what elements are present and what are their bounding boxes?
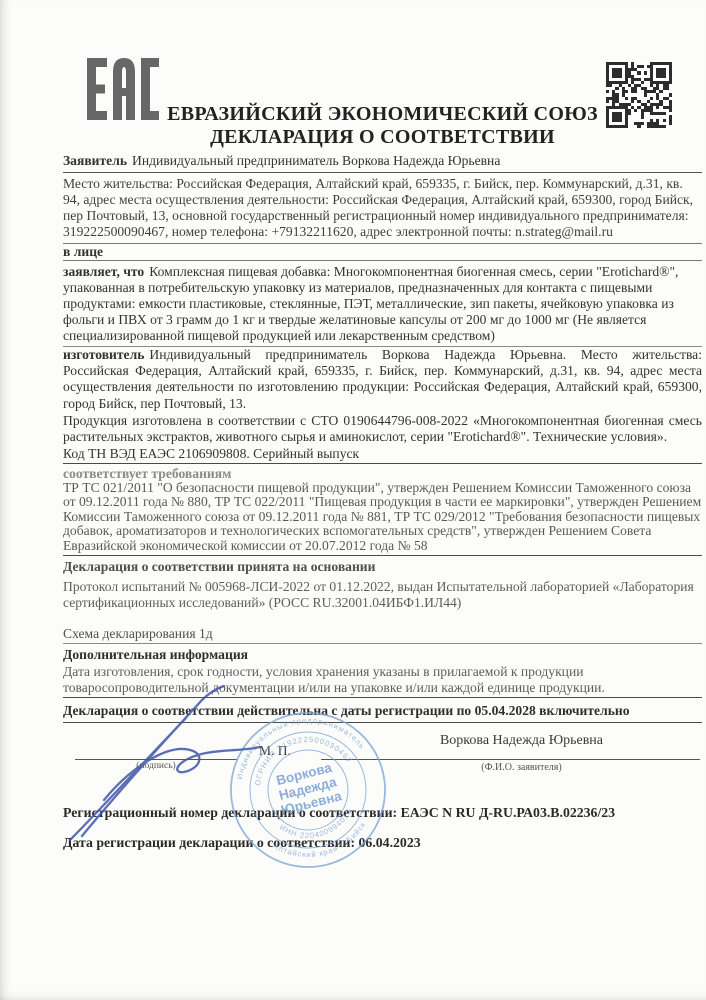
scheme-line: Схема декларирования 1д — [63, 627, 702, 644]
registration-number: ЕАЭС N RU Д-RU.РА03.В.02236/23 — [401, 805, 616, 820]
declares-label: заявляет, что — [63, 264, 144, 279]
in-person-label: в лице — [63, 244, 702, 261]
registration-number-line: Регистрационный номер декларации о соотв… — [63, 805, 702, 821]
seal-place-label: М. П. — [259, 743, 291, 759]
registration-date: 06.04.2023 — [359, 835, 421, 850]
tnved-code-line: Код ТН ВЭД ЕАЭС 2106909808. Серийный вып… — [63, 446, 702, 464]
basis-paragraph: Протокол испытаний № 005968-ЛСИ-2022 от … — [63, 574, 702, 611]
registration-date-label: Дата регистрации декларации о соответств… — [63, 835, 355, 850]
additional-info-paragraph: Дата изготовления, срок годности, услови… — [63, 662, 702, 698]
applicant-fio: Воркова Надежда Юрьевна — [343, 733, 700, 749]
applicant-label: Заявитель — [63, 153, 127, 168]
signature-block: (подпись) М. П. Воркова Надежда Юрьевна … — [63, 729, 702, 801]
additional-info-label: Дополнительная информация — [63, 644, 702, 662]
document-title: ЕВРАЗИЙСКИЙ ЭКОНОМИЧЕСКИЙ СОЮЗ ДЕКЛАРАЦИ… — [63, 103, 702, 148]
complies-label: соответствует требованиям — [63, 464, 702, 481]
manufacturer-paragraph: изготовительИндивидуальный предпринимате… — [63, 347, 702, 413]
standard-paragraph: Продукция изготовлена в соответствии с С… — [63, 412, 702, 445]
fio-line — [321, 759, 700, 760]
manufacturer-details: Индивидуальный предприниматель Воркова Н… — [63, 347, 702, 411]
title-line-1: ЕВРАЗИЙСКИЙ ЭКОНОМИЧЕСКИЙ СОЮЗ — [63, 103, 702, 126]
product-description: Комплексная пищевая добавка: Многокомпон… — [63, 264, 678, 344]
applicant-name: Индивидуальный предприниматель Воркова Н… — [132, 153, 500, 168]
applicant-address: Место жительства: Российская Федерация, … — [63, 173, 702, 244]
registration-number-label: Регистрационный номер декларации о соотв… — [63, 805, 397, 820]
regulations-paragraph: ТР ТС 021/2011 "О безопасности пищевой п… — [63, 481, 702, 556]
product-declaration: заявляет, чтоКомплексная пищевая добавка… — [63, 261, 702, 347]
applicant-line: ЗаявительИндивидуальный предприниматель … — [63, 152, 702, 173]
signature-line — [75, 759, 237, 760]
validity-line: Декларация о соответствии действительна … — [63, 698, 702, 723]
signature-caption: (подпись) — [75, 761, 237, 771]
title-line-2: ДЕКЛАРАЦИЯ О СООТВЕТСТВИИ — [63, 126, 702, 149]
registration-date-line: Дата регистрации декларации о соответств… — [63, 835, 702, 851]
declaration-document: ЕВРАЗИЙСКИЙ ЭКОНОМИЧЕСКИЙ СОЮЗ ДЕКЛАРАЦИ… — [0, 0, 706, 1000]
fio-caption: (Ф.И.О. заявителя) — [343, 762, 700, 773]
manufacturer-label: изготовитель — [63, 347, 144, 362]
document-header: ЕВРАЗИЙСКИЙ ЭКОНОМИЧЕСКИЙ СОЮЗ ДЕКЛАРАЦИ… — [63, 58, 702, 152]
basis-label: Декларация о соответствии принята на осн… — [63, 556, 702, 574]
